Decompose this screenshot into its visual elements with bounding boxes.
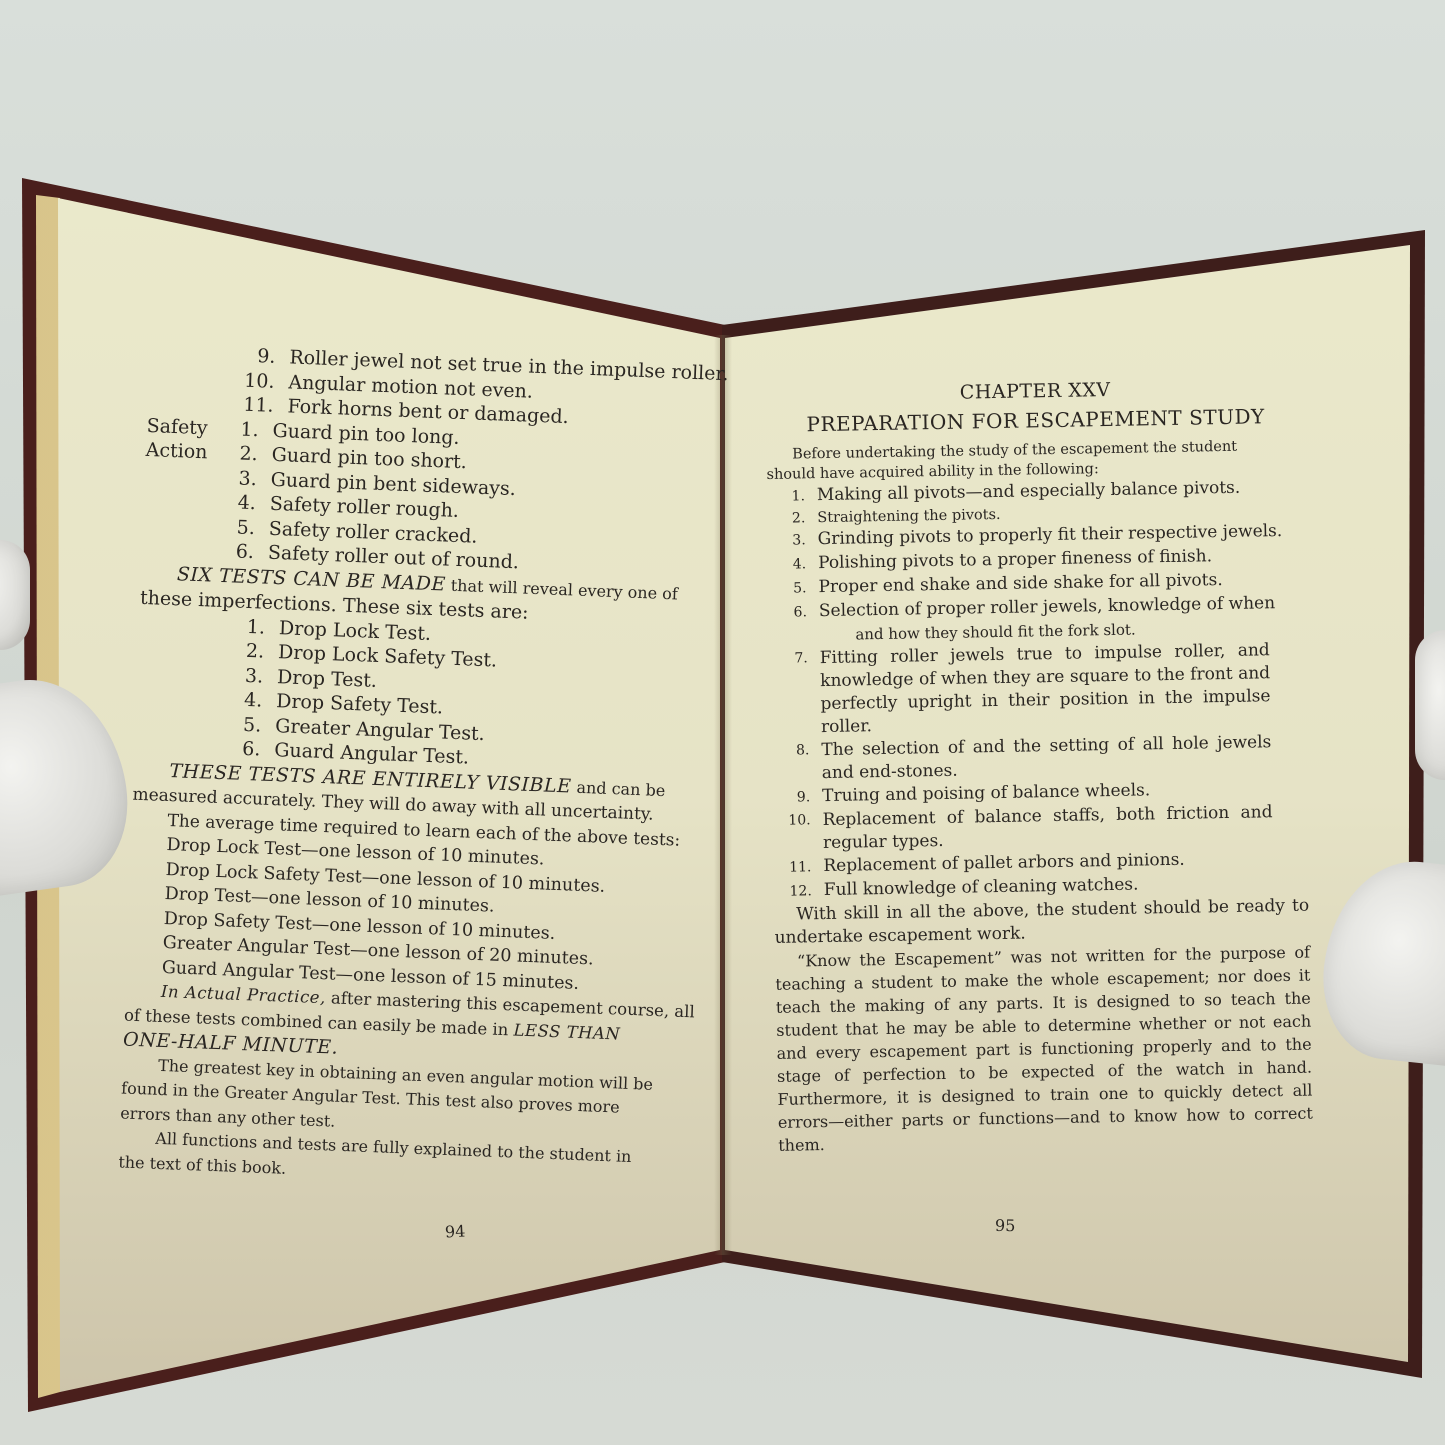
- gloved-thumb-left: [0, 540, 30, 650]
- list-item: 7.Fitting roller jewels true to impulse …: [770, 639, 1312, 740]
- list-item: 8.The selection of and the setting of al…: [771, 731, 1312, 786]
- page-number-right: 95: [995, 1216, 1016, 1235]
- left-page-text: 9.Roller jewel not set true in the impul…: [118, 340, 690, 1195]
- safety-action-label: Safety: [146, 413, 229, 441]
- chapter-title: PREPARATION FOR ESCAPEMENT STUDY: [766, 405, 1306, 437]
- gloved-finger-right: [1415, 630, 1445, 780]
- paragraph: “Know the Escapement” was not written fo…: [775, 941, 1314, 1157]
- list-item: 10.Replacement of balance staffs, both f…: [772, 801, 1313, 856]
- photo-scene: 9.Roller jewel not set true in the impul…: [0, 0, 1445, 1445]
- book-gutter: [714, 335, 732, 1255]
- right-page-text: CHAPTER XXV PREPARATION FOR ESCAPEMENT S…: [765, 376, 1318, 1157]
- page-number-left: 94: [445, 1221, 466, 1241]
